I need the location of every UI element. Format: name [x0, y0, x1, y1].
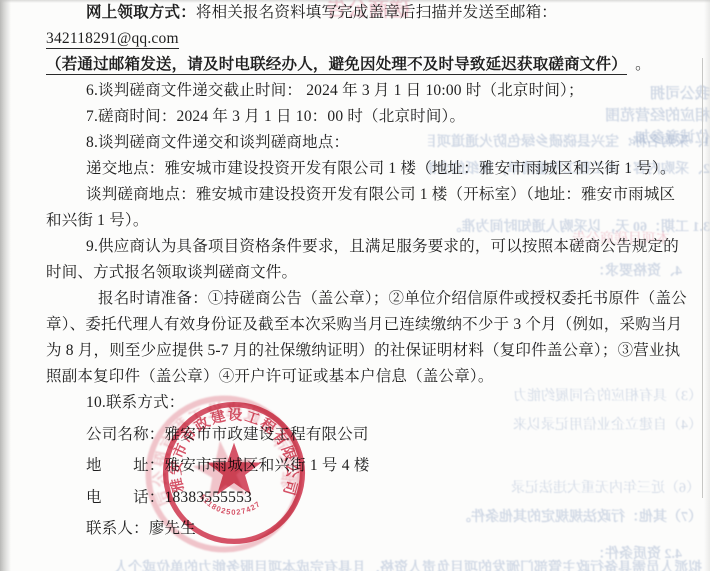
- scan-edge-left: [0, 0, 11, 571]
- item-9-eligibility: 9.供应商认为具备项目资格条件要求，且满足服务要求的，可以按照本磋商公告规定的时…: [46, 234, 688, 286]
- online-pickup-text: 将相关报名资料填写完成盖章后扫描并发送至邮箱：: [196, 4, 557, 21]
- scan-fold-line: [702, 58, 703, 498]
- contact-person-label: 联系人：: [86, 520, 149, 537]
- contact-phone-row: 电 话：18383555553: [46, 485, 688, 511]
- document-body: 网上领取方式：将相关报名资料填写完成盖章后扫描并发送至邮箱： 342118291…: [46, 0, 688, 542]
- item-6-deadline: 6.谈判磋商文件递交截止时间： 2024 年 3 月 1 日 10:00 时（北…: [46, 78, 688, 104]
- note-period: 。: [635, 56, 651, 73]
- contact-person-row: 联系人：廖先生: [46, 516, 688, 542]
- scan-edge-right: [704, 0, 710, 571]
- contact-company-label: 公司名称：: [86, 426, 165, 443]
- seal-registration-code: 5118025027427: [198, 493, 262, 517]
- company-seal: 雅安市市政建设工程有限公司 5118025027427: [158, 397, 310, 549]
- bleedthrough-text: 拟派人员需具备行政主管部门颁发的项目负责人资格，且具有完成本项目服务能力的单位或…: [12, 557, 702, 571]
- scan-edge-top: [0, 0, 710, 3]
- online-pickup-line: 网上领取方式：将相关报名资料填写完成盖章后扫描并发送至邮箱： 342118291…: [46, 0, 688, 52]
- contact-phone-label: 电 话：: [86, 489, 165, 506]
- contact-address-row: 地 址：雅安市雨城区和兴街 1 号 4 楼: [46, 453, 688, 479]
- email-address: 342118291@qq.com: [46, 30, 179, 49]
- item-8-submit-location: 递交地点：雅安城市建设投资开发有限公司 1 楼（地址：雅安市雨城区和兴街 1 号…: [46, 156, 688, 182]
- item-7-time: 7.磋商时间：2024 年 3 月 1 日 10：00 时（北京时间）。: [46, 104, 688, 130]
- note-line: （若通过邮箱发送，请及时电联经办人，避免因处理不及时导致延迟获取磋商文件） 。: [46, 52, 688, 78]
- contact-company-row: 公司名称：雅安市市政建设工程有限公司: [46, 422, 688, 448]
- svg-text:5118025027427: 5118025027427: [198, 493, 262, 517]
- item-9-prepare-list: 报名时请准备：①持磋商公告（盖公章）；②单位介绍信原件或授权委托书原件（盖公章）…: [46, 286, 688, 390]
- online-pickup-label: 网上领取方式：: [86, 4, 196, 21]
- item-8-negotiation-location: 谈判磋商地点：雅安城市建设投资开发有限公司 1 楼（开标室）（地址：雅安市雨城区…: [46, 182, 688, 234]
- contact-address-label: 地 址：: [86, 457, 165, 474]
- note-text: （若通过邮箱发送，请及时电联经办人，避免因处理不及时导致延迟获取磋商文件）: [46, 56, 627, 75]
- item-8-locations-heading: 8.谈判磋商文件递交和谈判磋商地点：: [46, 130, 688, 156]
- seal-star-icon: [207, 443, 262, 495]
- contact-block: 公司名称：雅安市市政建设工程有限公司 地 址：雅安市雨城区和兴街 1 号 4 楼…: [46, 422, 688, 543]
- item-10-contact-heading: 10.联系方式：: [46, 390, 688, 416]
- scanned-document-page: { "document": { "online_pickup": { "labe…: [0, 0, 710, 571]
